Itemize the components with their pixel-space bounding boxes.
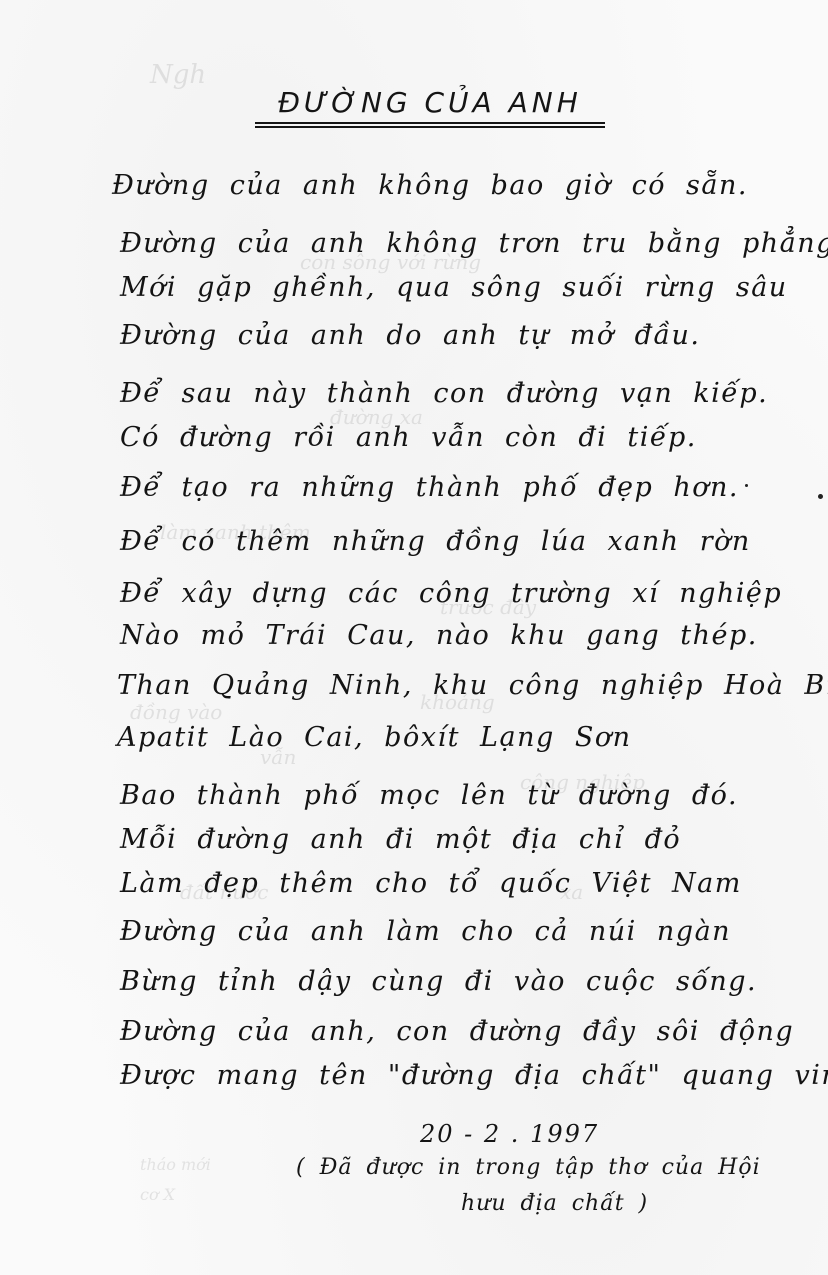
poem-date: 20 - 2 . 1997 (420, 1120, 599, 1148)
poem-line: Than Quảng Ninh, khu công nghiệp Hoà Bìn… (117, 670, 828, 701)
title-underline-double (255, 126, 605, 128)
poem-title: ĐƯỜNG CỦA ANH (255, 86, 605, 120)
poem-line: Mới gặp ghềnh, qua sông suối rừng sâu (120, 272, 788, 303)
poem-line: Đường của anh không trơn tru bằng phẳng (120, 228, 828, 259)
poem-line: Để có thêm những đồng lúa xanh rờn (120, 526, 751, 557)
poem-line: Đường của anh làm cho cả núi ngàn (120, 916, 731, 947)
poem-line: Bừng tỉnh dậy cùng đi vào cuộc sống. (120, 966, 757, 997)
bleed-through-ghost: Ngh (150, 60, 206, 90)
title-underline (255, 122, 605, 124)
poem-line: Đường của anh không bao giờ có sẵn. (112, 170, 748, 201)
poem-title-block: ĐƯỜNG CỦA ANH (255, 86, 605, 128)
poem-line: Để tạo ra những thành phố đẹp hơn. (120, 472, 739, 503)
poem-line: Đường của anh, con đường đầy sôi động (120, 1016, 794, 1047)
poem-line: Để sau này thành con đường vạn kiếp. (120, 378, 768, 409)
bleed-through-ghost: đồng vào (130, 700, 222, 724)
bleed-through-ghost: cơ X (140, 1185, 175, 1204)
poem-line: Đường của anh do anh tự mở đầu. (120, 320, 700, 351)
bleed-through-ghost: tháo mới (140, 1155, 211, 1174)
poem-line: Bao thành phố mọc lên từ đường đó. (120, 780, 738, 811)
publication-note: ( Đã được in trong tập thơ của Hội hưu đ… (296, 1150, 796, 1222)
scanned-page: Ngh con sông với rừng đường xa làm xanh … (0, 0, 828, 1275)
ink-speck (818, 494, 823, 499)
poem-line: Có đường rồi anh vẫn còn đi tiếp. (120, 422, 697, 453)
poem-line: Được mang tên "đường địa chất" quang vin… (120, 1060, 828, 1091)
poem-line: Nào mỏ Trái Cau, nào khu gang thép. (120, 620, 758, 651)
poem-line: Mỗi đường anh đi một địa chỉ đỏ (120, 824, 681, 855)
ink-speck (745, 484, 748, 487)
publication-note-line-2: hưu địa chất ) (296, 1186, 796, 1222)
publication-note-line-1: ( Đã được in trong tập thơ của Hội (296, 1155, 761, 1180)
poem-line: Apatit Lào Cai, bôxít Lạng Sơn (117, 722, 631, 753)
poem-line: Để xây dựng các công trường xí nghiệp (120, 578, 782, 609)
poem-line: Làm đẹp thêm cho tổ quốc Việt Nam (120, 868, 742, 899)
